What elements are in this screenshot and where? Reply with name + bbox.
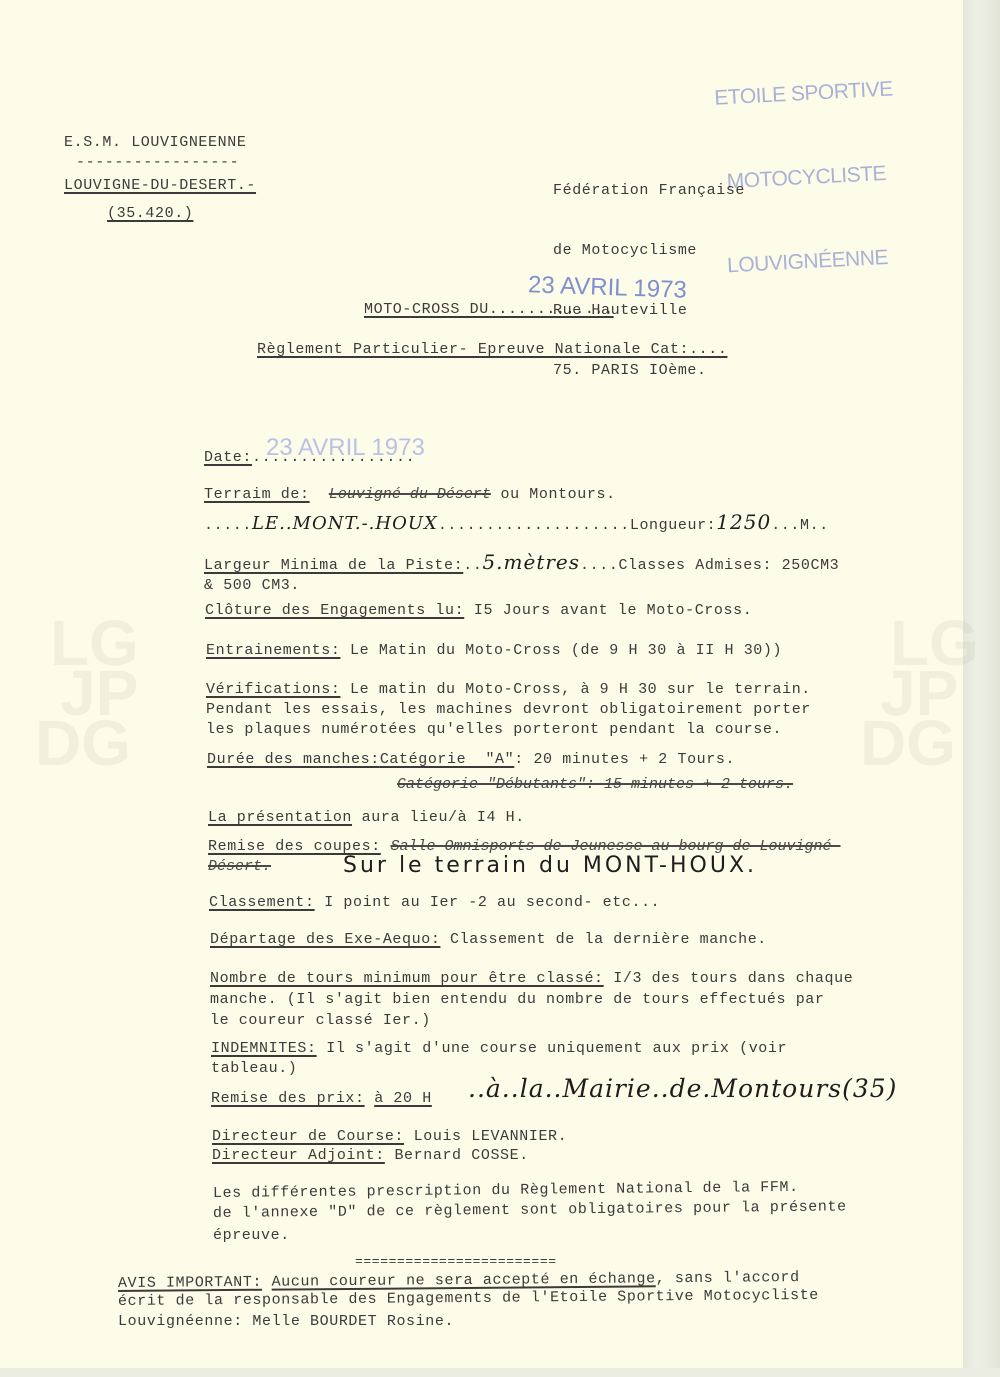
field-verifications-line2: Pendant les essais, les machines devront… <box>206 700 811 720</box>
field-terrain: Terraim de: Louvigné-du-Désert ou Montou… <box>204 485 616 505</box>
footer-separator: ======================== <box>355 1252 557 1272</box>
scan-background-bottom <box>0 1368 1000 1377</box>
field-largeur-line2: & 500 CM3. <box>204 576 300 596</box>
recipient-line: 75. PARIS IOème. <box>553 361 745 381</box>
field-label: Vérifications: <box>206 681 340 698</box>
prize-time: à 20 H <box>374 1090 432 1107</box>
recipient-line: Fédération Française <box>553 181 745 201</box>
field-label: Directeur Adjoint: <box>212 1147 385 1164</box>
field-value: I point au Ier -2 au second- etc... <box>324 894 660 911</box>
field-label: Classement: <box>209 894 315 911</box>
field-value: ou Montours. <box>500 486 615 503</box>
watermark-dg-right: DG <box>860 715 956 771</box>
field-cloture: Clôture des Engagements lu: I5 Jours ava… <box>205 601 752 621</box>
struck-category-line: Catégorie "Débutants": 15 minutes + 2 to… <box>397 775 793 795</box>
sender-separator: ----------------- <box>76 153 239 173</box>
field-departage: Départage des Exe-Aequo: Classement de l… <box>210 930 767 950</box>
field-label: Nombre de tours minimum pour être classé… <box>210 970 604 987</box>
handwritten-length: 1250 <box>716 510 771 534</box>
event-title: MOTO-CROSS DU............. <box>364 300 614 320</box>
handwritten-coupes: Sur le terrain du MONT-HOUX. <box>343 853 757 878</box>
field-value: aura lieu/à I4 H. <box>362 809 525 826</box>
watermark-dg: DG <box>35 715 131 771</box>
field-remise-coupes-line2: Désert. <box>208 857 271 877</box>
field-value: Classement de la dernière manche. <box>450 931 767 948</box>
important-notice-line3: Louvignéenne: Melle BOURDET Rosine. <box>118 1312 454 1332</box>
scan-background-edge <box>963 0 1000 1377</box>
stamp-line: LOUVIGNÉENNE <box>727 243 903 280</box>
sender-name: E.S.M. LOUVIGNEENNE <box>64 133 246 153</box>
length-suffix: ...M.. <box>771 517 829 534</box>
field-label: Durée des manches: <box>207 751 380 768</box>
stamp-line: ETOILE SPORTIVE <box>714 75 894 112</box>
notice-label: AVIS IMPORTANT: <box>118 1274 262 1292</box>
field-indemnites-line2: tableau.) <box>211 1059 297 1079</box>
field-label: Date: <box>204 449 252 466</box>
category-label: Catégorie "A" <box>380 751 514 768</box>
handwritten-place: LE..MONT.-.HOUX <box>252 513 438 534</box>
field-largeur: Largeur Minima de la Piste:..5.mètres...… <box>204 552 839 576</box>
handwritten-prix: ..à..la..Mairie..de.Montours(35) <box>468 1074 897 1103</box>
stamp-line: MOTOCYCLISTE <box>726 159 898 196</box>
field-value: I5 Jours avant le Moto-Cross. <box>474 602 752 619</box>
dots: ..... <box>204 517 252 534</box>
field-value: Le Matin du Moto-Cross (de 9 H 30 à II H… <box>350 642 782 659</box>
field-duree: Durée des manches:Catégorie "A": 20 minu… <box>207 750 735 770</box>
field-label: Remise des prix: <box>211 1090 365 1107</box>
field-entrainements: Entrainements: Le Matin du Moto-Cross (d… <box>206 641 782 661</box>
field-adjoint: Directeur Adjoint: Bernard COSSE. <box>212 1146 529 1166</box>
field-label: Clôture des Engagements lu: <box>205 602 464 619</box>
dots: .. <box>463 557 482 574</box>
field-value: ....Classes Admises: 250CM3 <box>580 557 839 574</box>
field-nombre-tours-line2: manche. (Il s'agit bien entendu du nombr… <box>210 990 825 1010</box>
field-verifications-line3: les plaques numérotées qu'elles porteron… <box>206 720 782 740</box>
notice-text: , sans l'accord <box>656 1269 800 1287</box>
field-label: Largeur Minima de la Piste: <box>204 557 463 574</box>
field-terrain-line2: .....LE..MONT.-.HOUX....................… <box>204 512 829 536</box>
field-remise-prix: Remise des prix: à 20 H <box>211 1089 441 1109</box>
field-label: Départage des Exe-Aequo: <box>210 931 440 948</box>
field-label: Directeur de Course: <box>212 1128 404 1145</box>
prescriptions-line3: épreuve. <box>213 1226 290 1246</box>
field-value: : 20 minutes + 2 Tours. <box>514 751 735 768</box>
length-label: Longueur: <box>630 517 716 534</box>
field-label: INDEMNITES: <box>211 1040 317 1057</box>
field-nombre-tours-line3: le coureur classé Ier.) <box>210 1011 431 1031</box>
field-value: Bernard COSSE. <box>394 1147 528 1164</box>
dots: .................... <box>438 517 630 534</box>
struck-text: Louvigné-du-Désert <box>329 486 491 503</box>
field-value: I/3 des tours dans chaque <box>613 970 853 987</box>
recipient-line: de Motocyclisme <box>553 241 745 261</box>
field-presentation: La présentation aura lieu/à I4 H. <box>208 808 525 828</box>
date-stamp: 23 AVRIL 1973 <box>266 434 425 462</box>
field-value: Il s'agit d'une course uniquement aux pr… <box>326 1040 787 1057</box>
field-label: Entrainements: <box>206 642 340 659</box>
recipient-address: Fédération Française de Motocyclisme Rue… <box>553 141 745 401</box>
field-indemnites: INDEMNITES: Il s'agit d'une course uniqu… <box>211 1039 787 1059</box>
event-subtitle: Règlement Particulier- Epreuve Nationale… <box>257 340 727 360</box>
field-directeur: Directeur de Course: Louis LEVANNIER. <box>212 1127 567 1147</box>
field-value: Louis LEVANNIER. <box>414 1128 568 1145</box>
sender-city: LOUVIGNE-DU-DESERT.- <box>64 176 256 196</box>
field-nombre-tours: Nombre de tours minimum pour être classé… <box>210 969 853 989</box>
sender-postcode: (35.420.) <box>107 204 193 224</box>
handwritten-width: 5.mètres <box>482 550 580 574</box>
field-label: Terraim de: <box>204 486 310 503</box>
field-value: Le matin du Moto-Cross, à 9 H 30 sur le … <box>350 681 811 698</box>
field-verifications: Vérifications: Le matin du Moto-Cross, à… <box>206 680 811 700</box>
struck-text: Désert. <box>208 858 271 875</box>
field-label: La présentation <box>208 809 352 826</box>
field-classement: Classement: I point au Ier -2 au second-… <box>209 893 660 913</box>
